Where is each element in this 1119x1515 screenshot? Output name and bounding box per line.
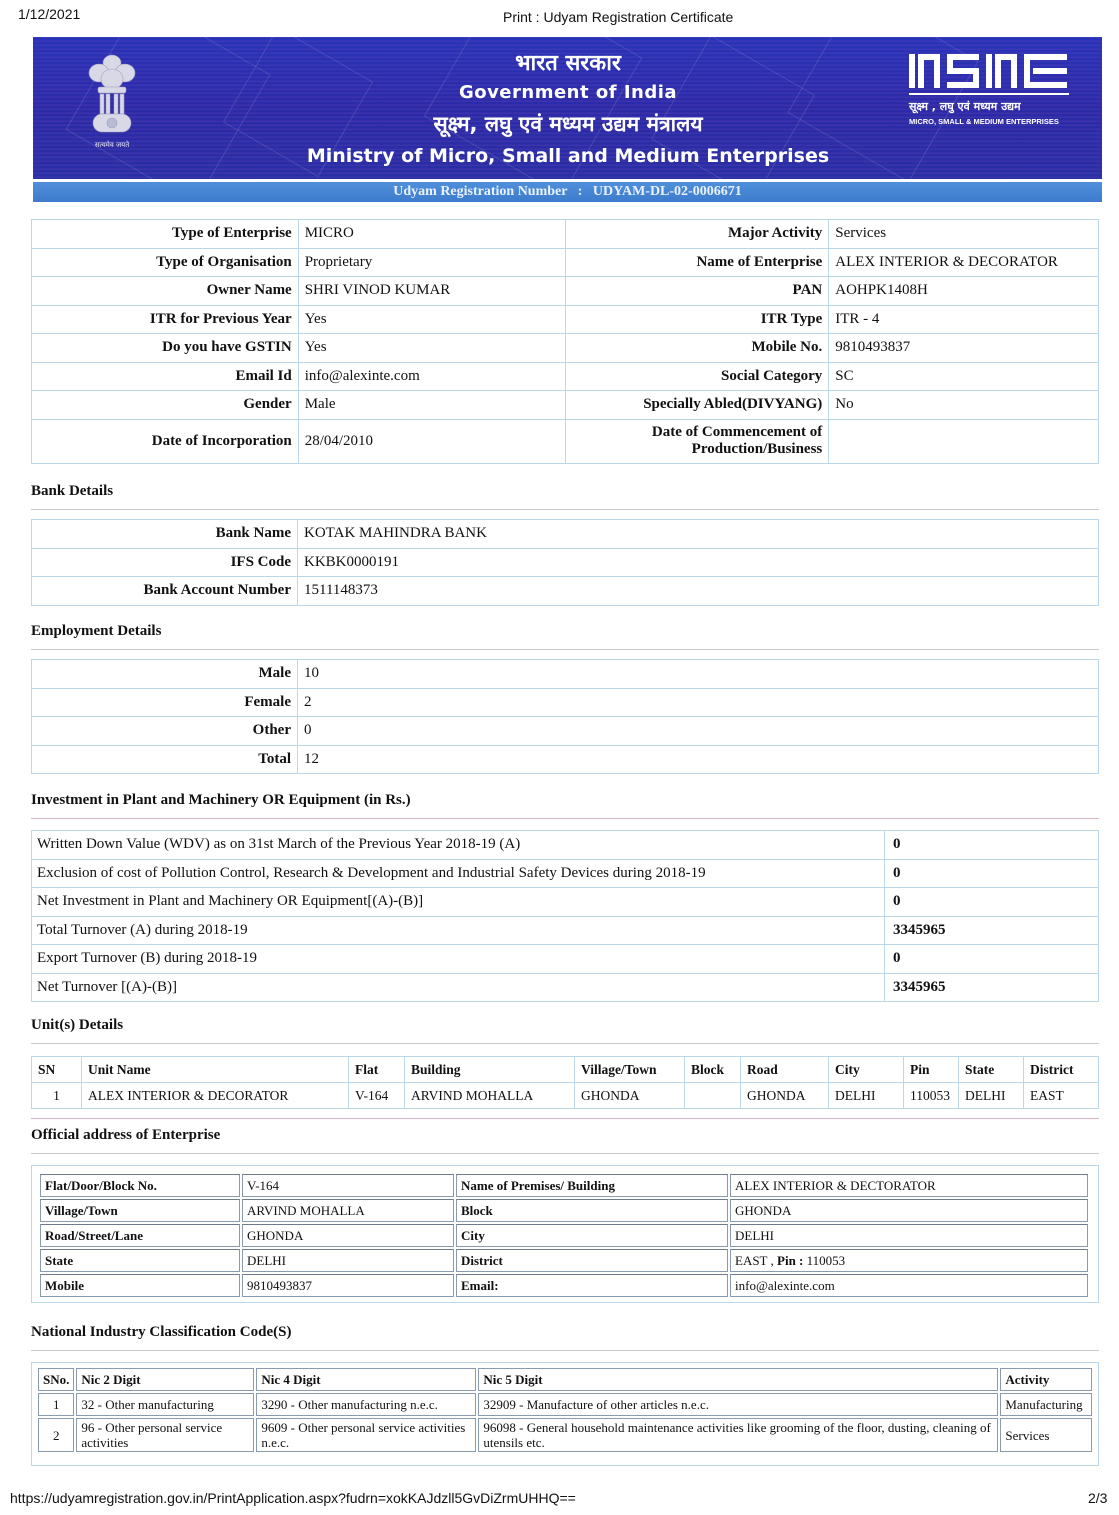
investment-label: Total Turnover (A) during 2018-19 xyxy=(32,916,885,945)
address-value: GHONDA xyxy=(730,1199,1088,1222)
column-header: Village/Town xyxy=(575,1057,685,1083)
column-header: Pin xyxy=(904,1057,959,1083)
investment-row: Total Turnover (A) during 2018-193345965 xyxy=(32,916,1099,945)
field-label: ITR Type xyxy=(566,305,829,334)
print-header: 1/12/2021 Print : Udyam Registration Cer… xyxy=(0,6,1119,28)
address-value-text: ALEX INTERIOR & DECTORATOR xyxy=(735,1178,936,1193)
divider xyxy=(31,1043,1099,1044)
field-label: Bank Name xyxy=(32,520,298,549)
column-header: Nic 2 Digit xyxy=(76,1368,254,1391)
enterprise-row: Do you have GSTINYesMobile No.9810493837 xyxy=(32,334,1099,363)
field-label: Gender xyxy=(32,391,299,420)
address-value: 9810493837 xyxy=(242,1274,454,1297)
field-label: Type of Organisation xyxy=(32,248,299,277)
official-address-panel: Flat/Door/Block No.V-164Name of Premises… xyxy=(31,1165,1099,1303)
page-number: 2/3 xyxy=(1088,1490,1107,1506)
divider xyxy=(31,818,1099,819)
page-url-link[interactable]: https://udyamregistration.gov.in/PrintAp… xyxy=(10,1490,576,1506)
investment-row: Net Investment in Plant and Machinery OR… xyxy=(32,888,1099,917)
investment-row: Exclusion of cost of Pollution Control, … xyxy=(32,859,1099,888)
table-cell: Services xyxy=(1000,1418,1092,1452)
print-date: 1/12/2021 xyxy=(18,6,80,22)
table-cell: 1 xyxy=(32,1083,82,1109)
field-value: AOHPK1408H xyxy=(829,277,1099,306)
column-header: Unit Name xyxy=(82,1057,349,1083)
field-value: Yes xyxy=(298,305,566,334)
investment-row: Written Down Value (WDV) as on 31st Marc… xyxy=(32,831,1099,860)
column-header: Nic 4 Digit xyxy=(256,1368,476,1391)
address-value-text: info@alexinte.com xyxy=(735,1278,835,1293)
field-value: SHRI VINOD KUMAR xyxy=(298,277,566,306)
table-cell: GHONDA xyxy=(741,1083,829,1109)
divider xyxy=(31,1350,1099,1351)
field-value: info@alexinte.com xyxy=(298,362,566,391)
field-label: Date of Commencement of Production/Busin… xyxy=(566,419,829,463)
divider xyxy=(31,1118,1099,1119)
address-value: info@alexinte.com xyxy=(730,1274,1088,1297)
field-value: SC xyxy=(829,362,1099,391)
field-value: 0 xyxy=(298,717,1099,746)
investment-label: Written Down Value (WDV) as on 31st Marc… xyxy=(32,831,885,860)
table-cell: GHONDA xyxy=(575,1083,685,1109)
field-label: Major Activity xyxy=(566,220,829,249)
address-value: V-164 xyxy=(242,1174,454,1197)
investment-label: Export Turnover (B) during 2018-19 xyxy=(32,945,885,974)
hindi-government-title: भारत सरकार xyxy=(263,49,873,79)
enterprise-row: Type of OrganisationProprietaryName of E… xyxy=(32,248,1099,277)
column-header: Flat xyxy=(349,1057,405,1083)
msme-logo: सूक्ष्म , लघु एवं मध्यम उद्यम MICRO, SMA… xyxy=(909,52,1069,126)
table-row: 1ALEX INTERIOR & DECORATORV-164ARVIND MO… xyxy=(32,1083,1099,1109)
table-cell: 32 - Other manufacturing xyxy=(76,1393,254,1416)
table-row: IFS CodeKKBK0000191 xyxy=(32,548,1099,577)
table-cell: 32909 - Manufacture of other articles n.… xyxy=(478,1393,998,1416)
registration-label: Udyam Registration Number xyxy=(393,184,567,199)
table-row: Bank Account Number1511148373 xyxy=(32,577,1099,606)
units-table: SNUnit NameFlatBuildingVillage/TownBlock… xyxy=(31,1056,1099,1109)
address-label: Email: xyxy=(456,1274,728,1297)
investment-value: 0 xyxy=(885,859,1099,888)
field-value: 12 xyxy=(298,745,1099,774)
table-cell xyxy=(685,1083,741,1109)
field-label: Type of Enterprise xyxy=(32,220,299,249)
table-cell: ALEX INTERIOR & DECORATOR xyxy=(82,1083,349,1109)
field-value: MICRO xyxy=(298,220,566,249)
address-value-text: GHONDA xyxy=(735,1203,791,1218)
table-row: 296 - Other personal service activities9… xyxy=(38,1418,1092,1452)
column-header: State xyxy=(959,1057,1024,1083)
field-label: IFS Code xyxy=(32,548,298,577)
table-row: Male10 xyxy=(32,660,1099,689)
table-cell: 1 xyxy=(38,1393,74,1416)
logo-english-text: MICRO, SMALL & MEDIUM ENTERPRISES xyxy=(909,117,1069,126)
investment-label: Net Investment in Plant and Machinery OR… xyxy=(32,888,885,917)
column-header: Nic 5 Digit xyxy=(478,1368,998,1391)
table-row: Other0 xyxy=(32,717,1099,746)
field-label: Total xyxy=(32,745,298,774)
field-value: 1511148373 xyxy=(298,577,1099,606)
field-label: Email Id xyxy=(32,362,299,391)
field-label: Male xyxy=(32,660,298,689)
field-label: Mobile No. xyxy=(566,334,829,363)
column-header: Block xyxy=(685,1057,741,1083)
table-row: Bank NameKOTAK MAHINDRA BANK xyxy=(32,520,1099,549)
government-title: Government of India xyxy=(263,79,873,107)
table-cell: V-164 xyxy=(349,1083,405,1109)
field-label: ITR for Previous Year xyxy=(32,305,299,334)
field-label: Other xyxy=(32,717,298,746)
investment-row: Export Turnover (B) during 2018-190 xyxy=(32,945,1099,974)
field-label: Specially Abled(DIVYANG) xyxy=(566,391,829,420)
address-value: ARVIND MOHALLA xyxy=(242,1199,454,1222)
divider xyxy=(31,1153,1099,1154)
column-header: SNo. xyxy=(38,1368,74,1391)
enterprise-row: Date of Incorporation28/04/2010Date of C… xyxy=(32,419,1099,463)
logo-hindi-text: सूक्ष्म , लघु एवं मध्यम उद्यम xyxy=(909,99,1069,114)
enterprise-row: ITR for Previous YearYesITR TypeITR - 4 xyxy=(32,305,1099,334)
address-value-text: DELHI xyxy=(735,1228,774,1243)
investment-label: Exclusion of cost of Pollution Control, … xyxy=(32,859,885,888)
investment-row: Net Turnover [(A)-(B)]3345965 xyxy=(32,973,1099,1002)
address-label: Road/Street/Lane xyxy=(40,1224,240,1247)
investment-value: 0 xyxy=(885,831,1099,860)
field-value: Proprietary xyxy=(298,248,566,277)
table-row: 132 - Other manufacturing3290 - Other ma… xyxy=(38,1393,1092,1416)
units-details-title: Unit(s) Details xyxy=(31,1017,123,1034)
investment-value: 0 xyxy=(885,945,1099,974)
field-label: Female xyxy=(32,688,298,717)
column-header: Building xyxy=(405,1057,575,1083)
table-cell: 110053 xyxy=(904,1083,959,1109)
ministry-title: Ministry of Micro, Small and Medium Ente… xyxy=(263,141,873,171)
column-header: SN xyxy=(32,1057,82,1083)
table-cell: Manufacturing xyxy=(1000,1393,1092,1416)
field-label: Owner Name xyxy=(32,277,299,306)
field-value: No xyxy=(829,391,1099,420)
table-cell: 96098 - General household maintenance ac… xyxy=(478,1418,998,1452)
field-value xyxy=(829,419,1099,463)
field-value: KKBK0000191 xyxy=(298,548,1099,577)
column-header: City xyxy=(829,1057,904,1083)
column-header: Activity xyxy=(1000,1368,1092,1391)
employment-details-table: Male10Female2Other0Total12 xyxy=(31,659,1099,774)
address-row: Mobile9810493837Email:info@alexinte.com xyxy=(40,1274,1088,1297)
print-title: Print : Udyam Registration Certificate xyxy=(503,9,733,25)
table-cell: 9609 - Other personal service activities… xyxy=(256,1418,476,1452)
address-value-text: EAST , xyxy=(735,1253,777,1268)
field-value: ITR - 4 xyxy=(829,305,1099,334)
table-row: Female2 xyxy=(32,688,1099,717)
msme-logo-icon xyxy=(909,52,1069,90)
field-value: 2 xyxy=(298,688,1099,717)
enterprise-row: Owner NameSHRI VINOD KUMARPANAOHPK1408H xyxy=(32,277,1099,306)
nic-title: National Industry Classification Code(S) xyxy=(31,1324,291,1341)
registration-number-bar: Udyam Registration Number : UDYAM-DL-02-… xyxy=(33,182,1102,202)
state-emblem-icon: सत्यमेव जयते xyxy=(81,49,143,154)
table-cell: DELHI xyxy=(829,1083,904,1109)
address-label: District xyxy=(456,1249,728,1272)
enterprise-details-table: Type of EnterpriseMICROMajor ActivitySer… xyxy=(31,219,1099,464)
address-row: Village/TownARVIND MOHALLABlockGHONDA xyxy=(40,1199,1088,1222)
address-label: Village/Town xyxy=(40,1199,240,1222)
address-row: StateDELHIDistrictEAST , Pin : 110053 xyxy=(40,1249,1088,1272)
address-value: DELHI xyxy=(242,1249,454,1272)
field-label: Date of Incorporation xyxy=(32,419,299,463)
address-label: City xyxy=(456,1224,728,1247)
pin-label: Pin : xyxy=(777,1253,803,1268)
address-label: Mobile xyxy=(40,1274,240,1297)
bank-details-table: Bank NameKOTAK MAHINDRA BANKIFS CodeKKBK… xyxy=(31,519,1099,606)
field-value: Services xyxy=(829,220,1099,249)
nic-table: SNo.Nic 2 DigitNic 4 DigitNic 5 DigitAct… xyxy=(36,1366,1094,1454)
registration-separator: : xyxy=(578,184,583,199)
address-label: Block xyxy=(456,1199,728,1222)
official-address-title: Official address of Enterprise xyxy=(31,1127,220,1144)
address-value: DELHI xyxy=(730,1224,1088,1247)
government-banner: सत्यमेव जयते भारत सरकार Government of In… xyxy=(33,37,1102,179)
official-address-table: Flat/Door/Block No.V-164Name of Premises… xyxy=(38,1172,1090,1299)
field-value: 28/04/2010 xyxy=(298,419,566,463)
table-cell: 2 xyxy=(38,1418,74,1452)
investment-table: Written Down Value (WDV) as on 31st Marc… xyxy=(31,830,1099,1002)
bank-details-title: Bank Details xyxy=(31,483,113,500)
nic-panel: SNo.Nic 2 DigitNic 4 DigitNic 5 DigitAct… xyxy=(31,1362,1099,1466)
divider xyxy=(31,649,1099,650)
field-label: Social Category xyxy=(566,362,829,391)
field-value: 10 xyxy=(298,660,1099,689)
field-value: Male xyxy=(298,391,566,420)
pin-value: 110053 xyxy=(803,1253,845,1268)
field-value: KOTAK MAHINDRA BANK xyxy=(298,520,1099,549)
banner-titles: भारत सरकार Government of India सूक्ष्म, … xyxy=(263,49,873,171)
address-row: Flat/Door/Block No.V-164Name of Premises… xyxy=(40,1174,1088,1197)
field-value: ALEX INTERIOR & DECORATOR xyxy=(829,248,1099,277)
address-value: GHONDA xyxy=(242,1224,454,1247)
address-label: Flat/Door/Block No. xyxy=(40,1174,240,1197)
address-label: State xyxy=(40,1249,240,1272)
field-label: Do you have GSTIN xyxy=(32,334,299,363)
enterprise-row: Email Idinfo@alexinte.comSocial Category… xyxy=(32,362,1099,391)
table-cell: ARVIND MOHALLA xyxy=(405,1083,575,1109)
field-label: Name of Enterprise xyxy=(566,248,829,277)
address-value: ALEX INTERIOR & DECTORATOR xyxy=(730,1174,1088,1197)
column-header: District xyxy=(1024,1057,1099,1083)
field-label: PAN xyxy=(566,277,829,306)
divider xyxy=(31,509,1099,510)
address-row: Road/Street/LaneGHONDACityDELHI xyxy=(40,1224,1088,1247)
hindi-ministry-title: सूक्ष्म, लघु एवं मध्यम उद्यम मंत्रालय xyxy=(263,107,873,141)
svg-text:सत्यमेव जयते: सत्यमेव जयते xyxy=(95,140,130,149)
field-label: Bank Account Number xyxy=(32,577,298,606)
table-cell: 3290 - Other manufacturing n.e.c. xyxy=(256,1393,476,1416)
address-value: EAST , Pin : 110053 xyxy=(730,1249,1088,1272)
registration-number: UDYAM-DL-02-0006671 xyxy=(593,184,742,199)
logo-divider xyxy=(909,93,1069,95)
table-cell: EAST xyxy=(1024,1083,1099,1109)
table-row: Total12 xyxy=(32,745,1099,774)
enterprise-row: GenderMaleSpecially Abled(DIVYANG)No xyxy=(32,391,1099,420)
investment-title: Investment in Plant and Machinery OR Equ… xyxy=(31,792,411,809)
employment-details-title: Employment Details xyxy=(31,623,161,640)
investment-value: 0 xyxy=(885,888,1099,917)
enterprise-row: Type of EnterpriseMICROMajor ActivitySer… xyxy=(32,220,1099,249)
field-value: Yes xyxy=(298,334,566,363)
table-cell: 96 - Other personal service activities xyxy=(76,1418,254,1452)
field-value: 9810493837 xyxy=(829,334,1099,363)
investment-value: 3345965 xyxy=(885,916,1099,945)
column-header: Road xyxy=(741,1057,829,1083)
investment-label: Net Turnover [(A)-(B)] xyxy=(32,973,885,1002)
address-label: Name of Premises/ Building xyxy=(456,1174,728,1197)
table-cell: DELHI xyxy=(959,1083,1024,1109)
investment-value: 3345965 xyxy=(885,973,1099,1002)
